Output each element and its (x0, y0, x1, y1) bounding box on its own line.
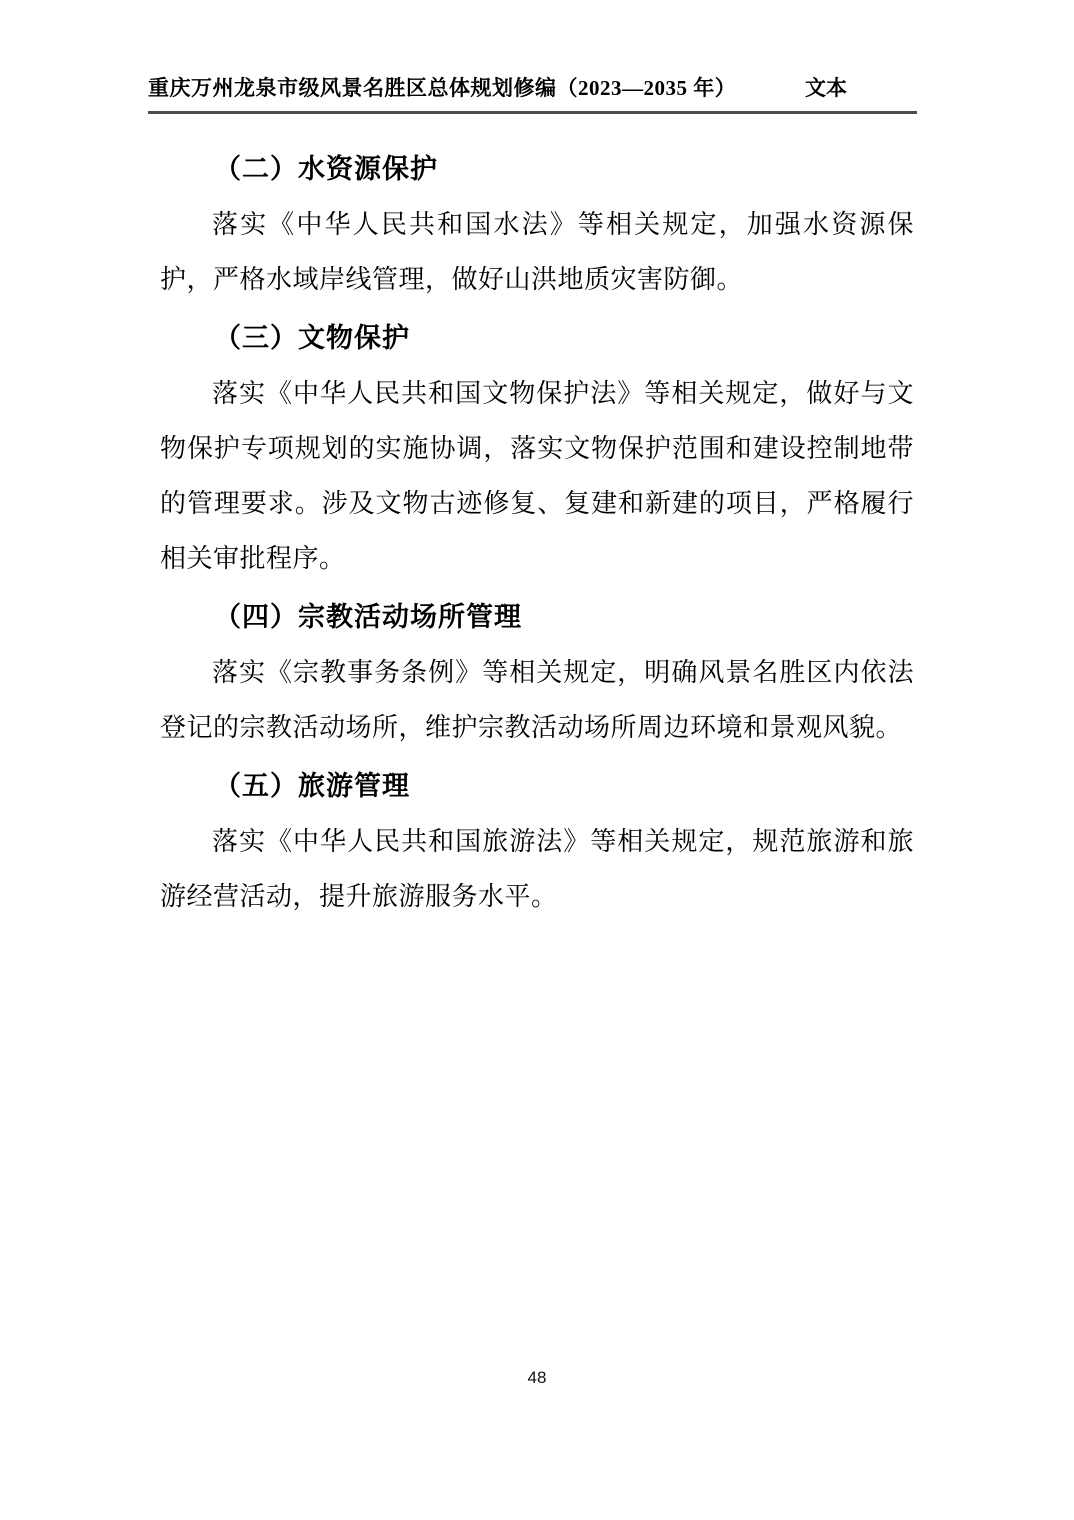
page-number: 48 (528, 1368, 547, 1387)
header-label: 文本 (805, 72, 847, 102)
section-paragraph: 落实《宗教事务条例》等相关规定，明确风景名胜区内依法登记的宗教活动场所，维护宗教… (160, 645, 914, 755)
section-paragraph: 落实《中华人民共和国文物保护法》等相关规定，做好与文物保护专项规划的实施协调，落… (160, 366, 914, 586)
section-water-resource-protection: （二）水资源保护 落实《中华人民共和国水法》等相关规定，加强水资源保护，严格水域… (160, 142, 914, 307)
section-heading: （五）旅游管理 (160, 759, 914, 814)
document-body: （二）水资源保护 落实《中华人民共和国水法》等相关规定，加强水资源保护，严格水域… (160, 142, 914, 924)
section-heading: （二）水资源保护 (160, 142, 914, 197)
section-cultural-relic-protection: （三）文物保护 落实《中华人民共和国文物保护法》等相关规定，做好与文物保护专项规… (160, 311, 914, 586)
section-paragraph: 落实《中华人民共和国旅游法》等相关规定，规范旅游和旅游经营活动，提升旅游服务水平… (160, 814, 914, 924)
section-paragraph: 落实《中华人民共和国水法》等相关规定，加强水资源保护，严格水域岸线管理，做好山洪… (160, 197, 914, 307)
section-religious-site-management: （四）宗教活动场所管理 落实《宗教事务条例》等相关规定，明确风景名胜区内依法登记… (160, 590, 914, 755)
header-title: 重庆万州龙泉市级风景名胜区总体规划修编（2023—2035 年） (148, 72, 736, 102)
document-page: 重庆万州龙泉市级风景名胜区总体规划修编（2023—2035 年） 文本 （二）水… (0, 0, 1074, 1520)
section-heading: （三）文物保护 (160, 311, 914, 366)
page-header: 重庆万州龙泉市级风景名胜区总体规划修编（2023—2035 年） 文本 (148, 72, 917, 114)
section-heading: （四）宗教活动场所管理 (160, 590, 914, 645)
section-tourism-management: （五）旅游管理 落实《中华人民共和国旅游法》等相关规定，规范旅游和旅游经营活动，… (160, 759, 914, 924)
page-footer: 48 (0, 1368, 1074, 1388)
